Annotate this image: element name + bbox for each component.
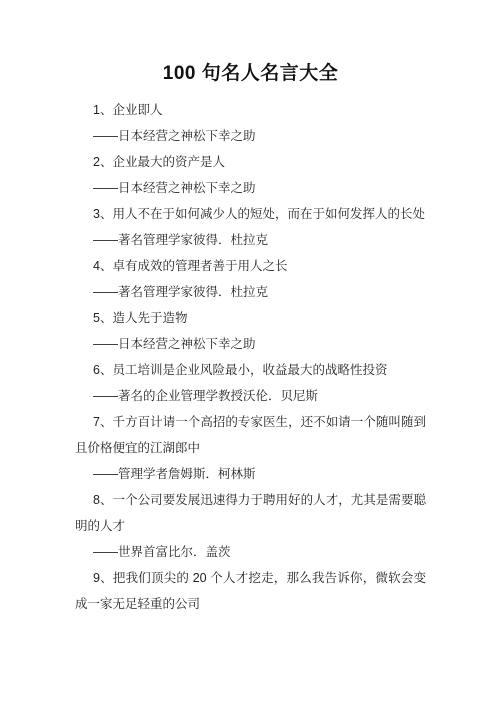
- quote-8-attribution: ——世界首富比尔．盖茨: [75, 539, 426, 565]
- document-title: 100 句名人名言大全: [75, 60, 426, 88]
- quote-7-text: 7、千方百计请一个高招的专家医生，还不如请一个随叫随到且价格便宜的江湖郎中: [75, 409, 426, 461]
- quote-1-attribution: ——日本经营之神松下幸之助: [75, 123, 426, 149]
- quote-4-text: 4、卓有成效的管理者善于用人之长: [75, 253, 426, 279]
- document-page: 100 句名人名言大全 1、企业即人 ——日本经营之神松下幸之助 2、企业最大的…: [0, 0, 496, 702]
- quote-3-text: 3、用人不在于如何减少人的短处，而在于如何发挥人的长处: [75, 201, 426, 227]
- quote-6-attribution: ——著名的企业管理学教授沃伦．贝尼斯: [75, 383, 426, 409]
- quote-1-text: 1、企业即人: [75, 97, 426, 123]
- quote-2-attribution: ——日本经营之神松下幸之助: [75, 175, 426, 201]
- quote-8-text: 8、一个公司要发展迅速得力于聘用好的人才，尤其是需要聪明的人才: [75, 487, 426, 539]
- quote-7-attribution: ——管理学者詹姆斯．柯林斯: [75, 461, 426, 487]
- document-body: 100 句名人名言大全 1、企业即人 ——日本经营之神松下幸之助 2、企业最大的…: [0, 0, 496, 617]
- quote-5-text: 5、造人先于造物: [75, 305, 426, 331]
- quote-6-text: 6、员工培训是企业风险最小，收益最大的战略性投资: [75, 357, 426, 383]
- quote-3-attribution: ——著名管理学家彼得．杜拉克: [75, 227, 426, 253]
- quote-2-text: 2、企业最大的资产是人: [75, 149, 426, 175]
- quote-5-attribution: ——日本经营之神松下幸之助: [75, 331, 426, 357]
- quote-9-text: 9、把我们顶尖的 20 个人才挖走，那么我告诉你，微软会变成一家无足轻重的公司: [75, 565, 426, 617]
- quote-4-attribution: ——著名管理学家彼得．杜拉克: [75, 279, 426, 305]
